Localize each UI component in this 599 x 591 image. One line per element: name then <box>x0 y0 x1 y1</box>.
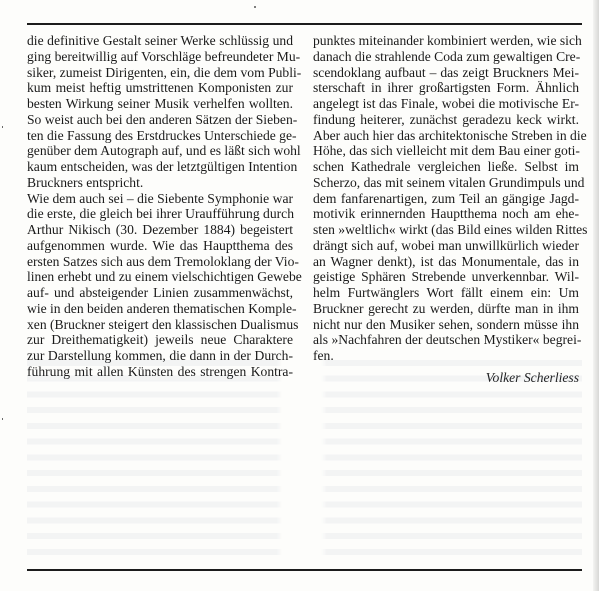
text-line: Scherzo, das mit seinem vitalen Grundimp… <box>313 175 579 191</box>
top-horizontal-rule <box>27 23 582 25</box>
text-line: punktes miteinander kombiniert werden, w… <box>313 33 579 49</box>
text-line: sterschaft in ihrer großartigsten Form. … <box>313 80 579 96</box>
text-line: ten die Fassung des Erstdruckes Untersch… <box>27 128 293 144</box>
text-line: schen Kathedrale vergleichen ließe. Selb… <box>313 159 579 175</box>
print-speck <box>254 6 256 8</box>
text-line: kum meist heftig umstrittenen Komponiste… <box>27 80 293 96</box>
text-line: scendoklang aufbaut – das zeigt Bruckner… <box>313 65 579 81</box>
text-line: So weist auch bei den anderen Sätzen der… <box>27 112 293 128</box>
text-line: helm Furtwänglers Wort fällt einem ein: … <box>313 285 579 301</box>
left-text-column: die definitive Gestalt seiner Werke schl… <box>27 33 293 380</box>
text-line: besten Wirkung seiner Musik verhelfen wo… <box>27 96 293 112</box>
text-line: geistige Sphären Strebende unverkennbar.… <box>313 269 579 285</box>
text-line: Wie dem auch sei – die Siebente Symphoni… <box>27 191 293 207</box>
text-line: als »Nachfahren der deutschen Mystiker« … <box>313 332 579 348</box>
text-line: findung heiterer, zunächst geradezu keck… <box>313 112 579 128</box>
text-line: zur Dreithematigkeit) jeweils neue Chara… <box>27 332 293 348</box>
page-edge-shadow <box>593 0 599 591</box>
text-line: die definitive Gestalt seiner Werke schl… <box>27 33 293 49</box>
text-line: kaum entscheiden, was der letztgültigen … <box>27 159 293 175</box>
text-line: linen erhebt und zu einem vielschichtige… <box>27 269 293 285</box>
text-line: siker, zumeist Dirigenten, ein, die dem … <box>27 65 293 81</box>
text-line: Bruckner gerecht zu werden, dürfte man i… <box>313 301 579 317</box>
text-line: drängt sich auf, wobei man unwillkürlich… <box>313 238 579 254</box>
text-line: danach die strahlende Coda zum gewaltige… <box>313 49 579 65</box>
right-text-column: punktes miteinander kombiniert werden, w… <box>313 33 579 386</box>
print-speck <box>2 418 3 420</box>
reverse-side-show-through <box>27 360 582 560</box>
text-line: dem fanfarenartigen, zum Teil an gängige… <box>313 191 579 207</box>
text-line: ging bereitwillig auf Vorschläge befreun… <box>27 49 293 65</box>
text-line: Bruckners entspricht. <box>27 175 293 191</box>
text-line: Aber auch hier das architektonische Stre… <box>313 128 579 144</box>
text-line: Höhe, das sich vielleicht mit dem Bau ei… <box>313 143 579 159</box>
text-line: sten »weltlich« wirkt (das Bild eines wi… <box>313 222 579 238</box>
text-line: genüber dem Autograph auf, und es läßt s… <box>27 143 293 159</box>
text-line: ersten Satzes sich aus dem Tremoloklang … <box>27 254 293 270</box>
text-line: xen (Bruckner steigert den klassischen D… <box>27 317 293 333</box>
text-line: wie in den beiden anderen thematischen K… <box>27 301 293 317</box>
text-line: aufgenommen wurde. Wie das Hauptthema de… <box>27 238 293 254</box>
text-line: motivik erinnernden Hauptthema noch am e… <box>313 206 579 222</box>
text-line: die erste, die gleich bei ihrer Urauffüh… <box>27 206 293 222</box>
text-line: nicht nur den Musiker sehen, sondern müs… <box>313 317 579 333</box>
print-speck <box>2 126 3 128</box>
text-line: Arthur Nikisch (30. Dezember 1884) begei… <box>27 222 293 238</box>
text-line: angelegt ist das Finale, wobei die motiv… <box>313 96 579 112</box>
text-line: an Wagner denkt), ist das Monumentale, d… <box>313 254 579 270</box>
bottom-horizontal-rule <box>27 569 582 571</box>
text-line: auf- und absteigender Linien zusammenwäc… <box>27 285 293 301</box>
